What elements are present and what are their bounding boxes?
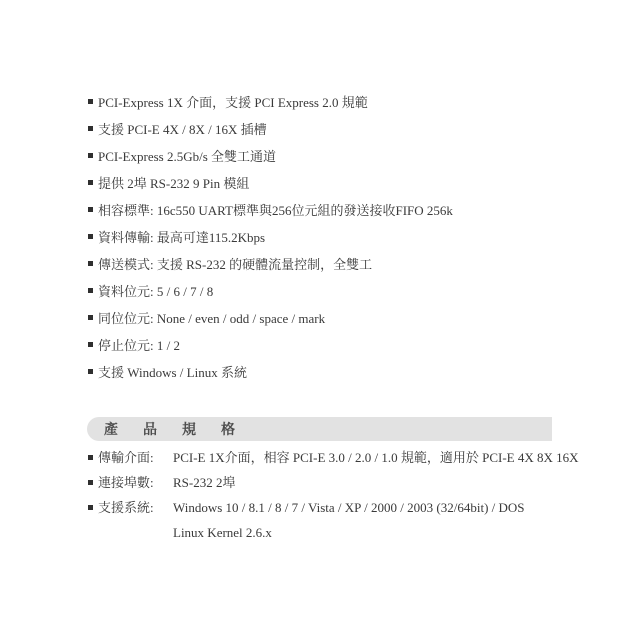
spec-label: 連接埠數: [98, 470, 173, 495]
spec-value-line: Windows 10 / 8.1 / 8 / 7 / Vista / XP / … [173, 495, 578, 520]
spec-row-os: 支援系統: Windows 10 / 8.1 / 8 / 7 / Vista /… [88, 495, 578, 545]
spec-value: RS-232 2埠 [173, 470, 578, 495]
bullet-square-icon [88, 288, 93, 293]
feature-text: 支援 Windows / Linux 系統 [98, 362, 247, 381]
feature-item: 相容標準: 16c550 UART標準與256位元組的發送接收FIFO 256k [88, 196, 453, 223]
feature-text: 資料位元: 5 / 6 / 7 / 8 [98, 281, 213, 300]
bullet-square-icon [88, 455, 93, 460]
feature-item: 停止位元: 1 / 2 [88, 331, 453, 358]
bullet-square-icon [88, 126, 93, 131]
product-spec-page: PCI-Express 1X 介面，支援 PCI Express 2.0 規範 … [0, 0, 640, 640]
feature-list: PCI-Express 1X 介面，支援 PCI Express 2.0 規範 … [88, 88, 453, 385]
bullet-square-icon [88, 234, 93, 239]
spec-label: 支援系統: [98, 495, 173, 520]
feature-text: 停止位元: 1 / 2 [98, 335, 180, 354]
spec-value-line: PCI-E 1X介面，相容 PCI-E 3.0 / 2.0 / 1.0 規範，適… [173, 445, 579, 470]
bullet-square-icon [88, 480, 93, 485]
feature-text: 傳送模式: 支援 RS-232 的硬體流量控制，全雙工 [98, 254, 372, 273]
feature-item: 支援 Windows / Linux 系統 [88, 358, 453, 385]
bullet-square-icon [88, 342, 93, 347]
feature-item: PCI-Express 2.5Gb/s 全雙工通道 [88, 142, 453, 169]
spec-value-line: Linux Kernel 2.6.x [173, 520, 578, 545]
bullet-square-icon [88, 369, 93, 374]
spec-row-interface: 傳輸介面: PCI-E 1X介面，相容 PCI-E 3.0 / 2.0 / 1.… [88, 445, 578, 470]
feature-item: 資料位元: 5 / 6 / 7 / 8 [88, 277, 453, 304]
feature-item: 傳送模式: 支援 RS-232 的硬體流量控制，全雙工 [88, 250, 453, 277]
feature-item: 同位位元: None / even / odd / space / mark [88, 304, 453, 331]
spec-value: Windows 10 / 8.1 / 8 / 7 / Vista / XP / … [173, 495, 578, 545]
feature-text: 提供 2埠 RS-232 9 Pin 模組 [98, 173, 249, 192]
section-title: 產品規格 [104, 419, 260, 439]
spec-table: 傳輸介面: PCI-E 1X介面，相容 PCI-E 3.0 / 2.0 / 1.… [88, 445, 578, 545]
spec-value-line: RS-232 2埠 [173, 470, 578, 495]
feature-text: PCI-Express 1X 介面，支援 PCI Express 2.0 規範 [98, 92, 368, 111]
bullet-square-icon [88, 207, 93, 212]
feature-item: PCI-Express 1X 介面，支援 PCI Express 2.0 規範 [88, 88, 453, 115]
bullet-square-icon [88, 180, 93, 185]
bullet-square-icon [88, 99, 93, 104]
spec-label: 傳輸介面: [98, 445, 173, 470]
feature-item: 提供 2埠 RS-232 9 Pin 模組 [88, 169, 453, 196]
bullet-square-icon [88, 315, 93, 320]
feature-item: 資料傳輸: 最高可達115.2Kbps [88, 223, 453, 250]
feature-text: 相容標準: 16c550 UART標準與256位元組的發送接收FIFO 256k [98, 200, 453, 219]
bullet-square-icon [88, 261, 93, 266]
feature-item: 支援 PCI-E 4X / 8X / 16X 插槽 [88, 115, 453, 142]
feature-text: 支援 PCI-E 4X / 8X / 16X 插槽 [98, 119, 267, 138]
spec-value: PCI-E 1X介面，相容 PCI-E 3.0 / 2.0 / 1.0 規範，適… [173, 445, 579, 470]
bullet-square-icon [88, 153, 93, 158]
bullet-square-icon [88, 505, 93, 510]
section-header-bar: 產品規格 [87, 417, 552, 441]
feature-text: PCI-Express 2.5Gb/s 全雙工通道 [98, 146, 276, 165]
feature-text: 資料傳輸: 最高可達115.2Kbps [98, 227, 265, 246]
feature-text: 同位位元: None / even / odd / space / mark [98, 308, 325, 327]
spec-row-ports: 連接埠數: RS-232 2埠 [88, 470, 578, 495]
